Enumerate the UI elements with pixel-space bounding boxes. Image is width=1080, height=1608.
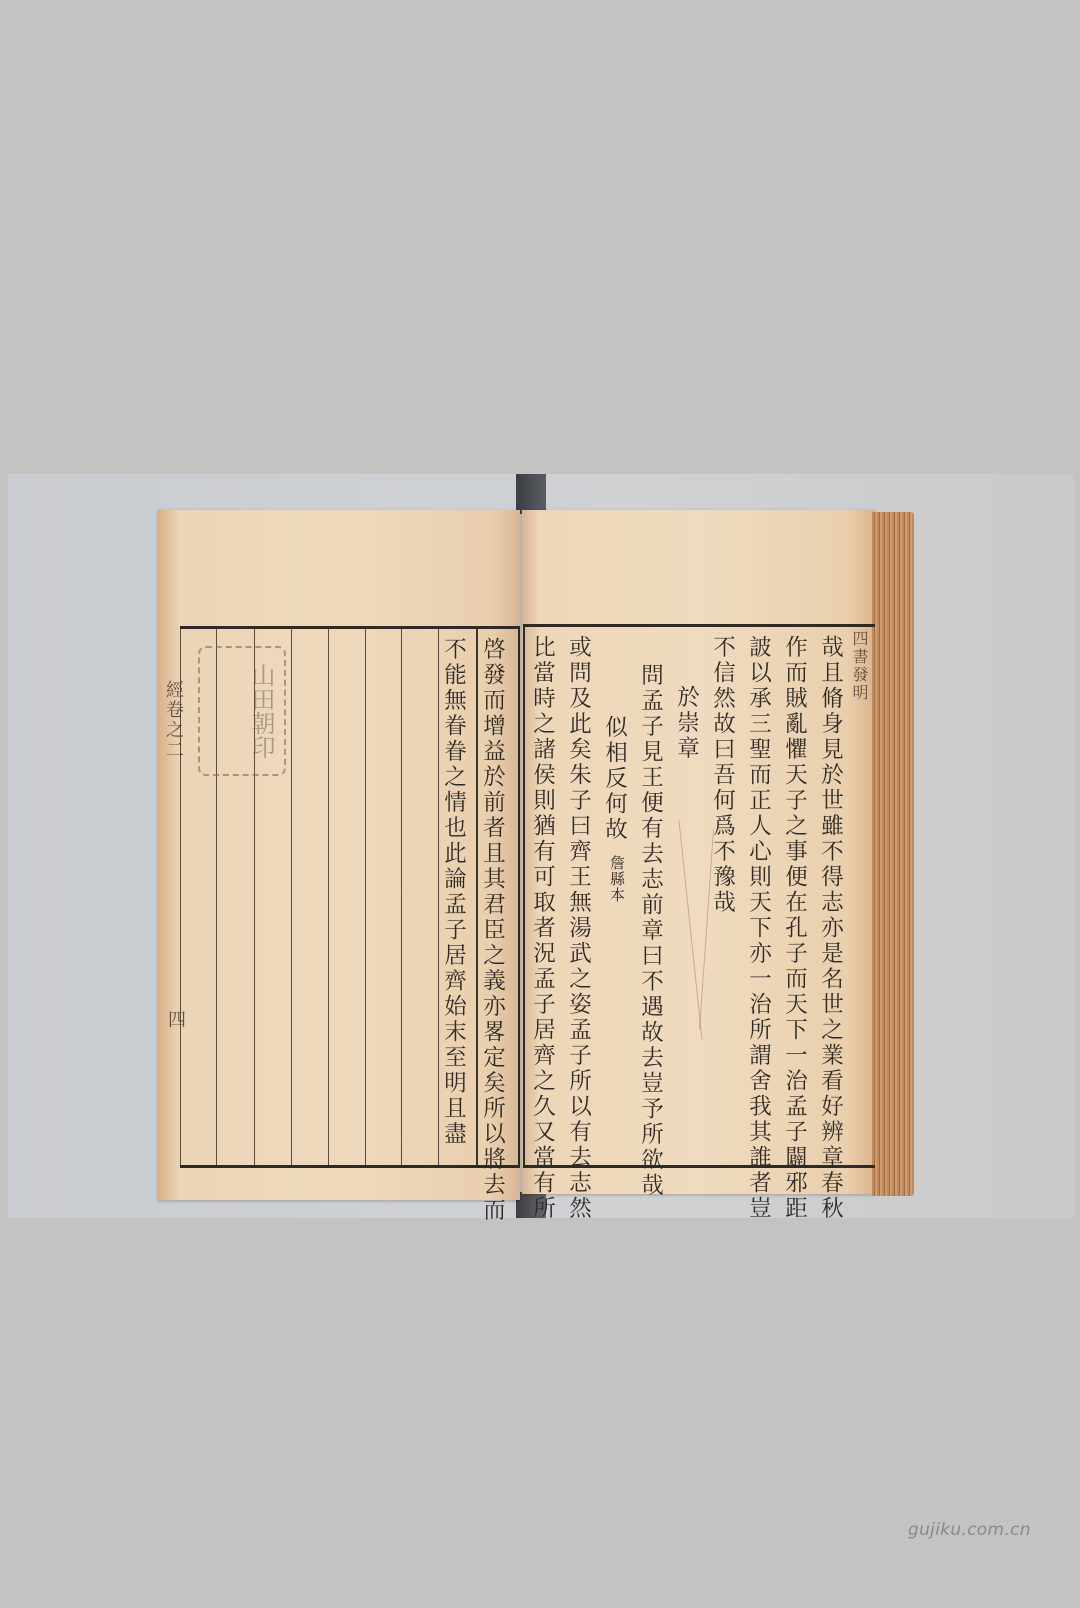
text-column: 詖以承三聖而正人心則天下亦一治所謂舍我其誰者豈 (747, 635, 770, 1222)
column-rule (476, 629, 478, 1165)
text-column: 比當時之諸侯則猶有可取者況孟子居齊之久又當有所 (531, 635, 554, 1222)
text-column: 不能無眷眷之情也此論孟子居齊始末至明且盡 (442, 637, 465, 1147)
page-edge-stack (872, 512, 914, 1196)
text-column: 不信然故曰吾何爲不豫哉 (711, 635, 734, 916)
text-column: 作而賊亂懼天子之事便在孔子而天下一治孟子闢邪距 (783, 635, 806, 1222)
column-rule (328, 629, 329, 1165)
chapter-heading: 於崇章 (675, 685, 698, 762)
right-text-frame: 比當時之諸侯則猶有可取者況孟子居齊之久又當有所 或問及此矣朱子曰齊王無湯武之姿孟… (523, 624, 875, 1168)
text-column: 似相反何故 (603, 715, 626, 843)
column-rule (365, 629, 366, 1165)
book-spine-top (516, 474, 546, 514)
column-rule (291, 629, 292, 1165)
site-watermark: gujiku.com.cn (908, 1520, 1031, 1540)
collector-seal: 山田朝印 (198, 646, 286, 776)
column-rule (180, 629, 181, 1165)
text-column: 問孟子見王便有去志前章曰不遇故去豈予所欲哉 (639, 663, 662, 1199)
annotation: 詹縣本 (609, 855, 624, 903)
column-rule (401, 629, 402, 1165)
text-column: 或問及此矣朱子曰齊王無湯武之姿孟子所以有去志然 (567, 635, 590, 1222)
column-rule (438, 629, 439, 1165)
text-column: 啓發而增益於前者且其君臣之義亦畧定矣所以將去而 (481, 637, 504, 1224)
text-column: 哉且脩身見於世雖不得志亦是名世之業看好辨章春秋 (819, 635, 842, 1222)
